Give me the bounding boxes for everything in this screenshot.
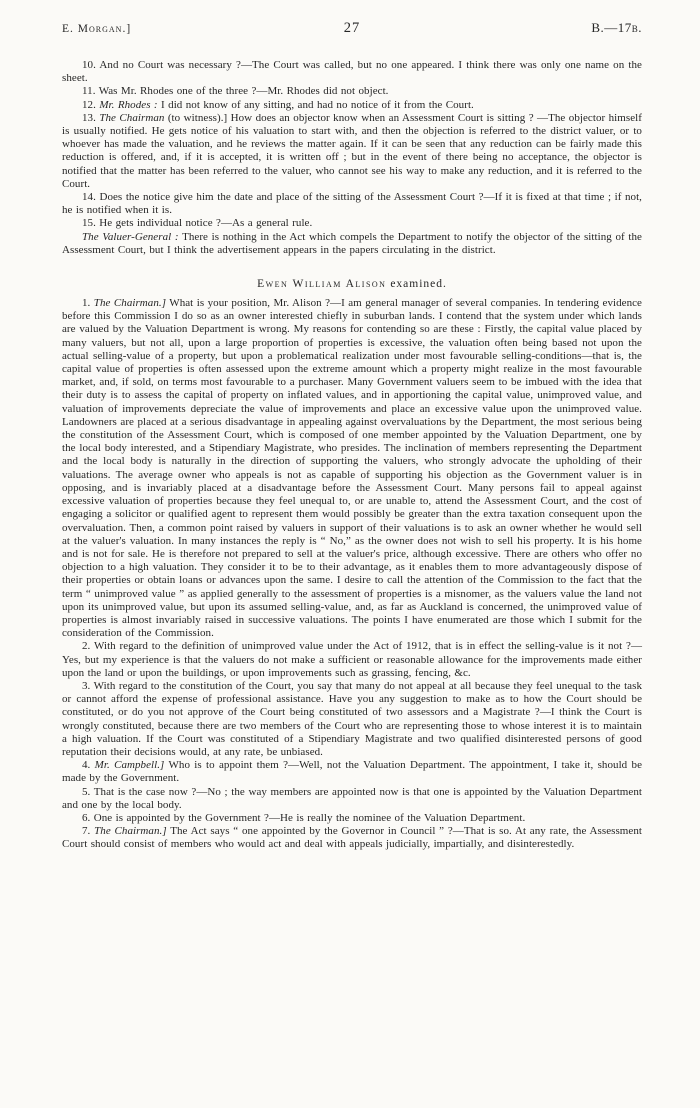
paragraph: 1. The Chairman.] What is your position,… <box>62 297 642 640</box>
paragraph: 13. The Chairman (to witness).] How does… <box>62 112 642 191</box>
paragraph: 5. That is the case now ?—No ; the way m… <box>62 786 642 812</box>
running-title-left: E. Morgan.] <box>62 23 131 35</box>
text-segment: 15. He gets individual notice ?—As a gen… <box>82 217 312 229</box>
paragraph: 12. Mr. Rhodes : I did not know of any s… <box>62 99 642 112</box>
page-number: 27 <box>344 20 361 37</box>
text-segment: What is your position, Mr. Alison ?—I am… <box>62 297 642 639</box>
speaker-name: Mr. Rhodes : <box>99 99 157 111</box>
text-segment: 12. <box>82 99 99 111</box>
witness-name: Ewen William Alison <box>257 278 386 290</box>
paragraph: 15. He gets individual notice ?—As a gen… <box>62 217 642 230</box>
speaker-name: The Chairman.] <box>94 297 166 309</box>
text-segment: 1. <box>82 297 94 309</box>
text-segment: 11. Was Mr. Rhodes one of the three ?—Mr… <box>82 85 388 97</box>
paragraph: 10. And no Court was necessary ?—The Cou… <box>62 59 642 85</box>
paragraph: 7. The Chairman.] The Act says “ one app… <box>62 825 642 851</box>
speaker-name: The Chairman <box>99 112 164 124</box>
heading-suffix: examined. <box>386 278 446 290</box>
text-segment: 13. <box>82 112 99 124</box>
paragraph: 14. Does the notice give him the date an… <box>62 191 642 217</box>
morgan-examination-section: 10. And no Court was necessary ?—The Cou… <box>62 59 642 257</box>
text-segment: 3. With regard to the constitution of th… <box>62 680 642 758</box>
speaker-name: Mr. Campbell.] <box>95 759 165 771</box>
paragraph: 4. Mr. Campbell.] Who is to appoint them… <box>62 759 642 785</box>
speaker-name: The Valuer-General : <box>82 231 179 243</box>
paragraph: 3. With regard to the constitution of th… <box>62 680 642 759</box>
page-header: E. Morgan.] 27 B.—17b. <box>62 20 642 37</box>
paragraph: 2. With regard to the definition of unim… <box>62 640 642 680</box>
alison-examination-section: 1. The Chairman.] What is your position,… <box>62 297 642 852</box>
text-segment: 2. With regard to the definition of unim… <box>62 640 642 678</box>
report-series-number: B.—17b. <box>591 20 642 36</box>
text-segment: 14. Does the notice give him the date an… <box>62 191 642 216</box>
text-segment: 4. <box>82 759 95 771</box>
text-segment: 7. <box>82 825 94 837</box>
text-segment: 10. And no Court was necessary ?—The Cou… <box>62 59 642 84</box>
text-segment: 6. One is appointed by the Government ?—… <box>82 812 525 824</box>
paragraph: 11. Was Mr. Rhodes one of the three ?—Mr… <box>62 85 642 98</box>
section-heading: Ewen William Alison examined. <box>62 278 642 290</box>
text-segment: 5. That is the case now ?—No ; the way m… <box>62 786 642 811</box>
speaker-name: The Chairman.] <box>94 825 167 837</box>
document-page: E. Morgan.] 27 B.—17b. 10. And no Court … <box>0 0 700 1108</box>
text-segment: I did not know of any sitting, and had n… <box>158 99 474 111</box>
paragraph: 6. One is appointed by the Government ?—… <box>62 812 642 825</box>
paragraph: The Valuer-General : There is nothing in… <box>62 231 642 257</box>
